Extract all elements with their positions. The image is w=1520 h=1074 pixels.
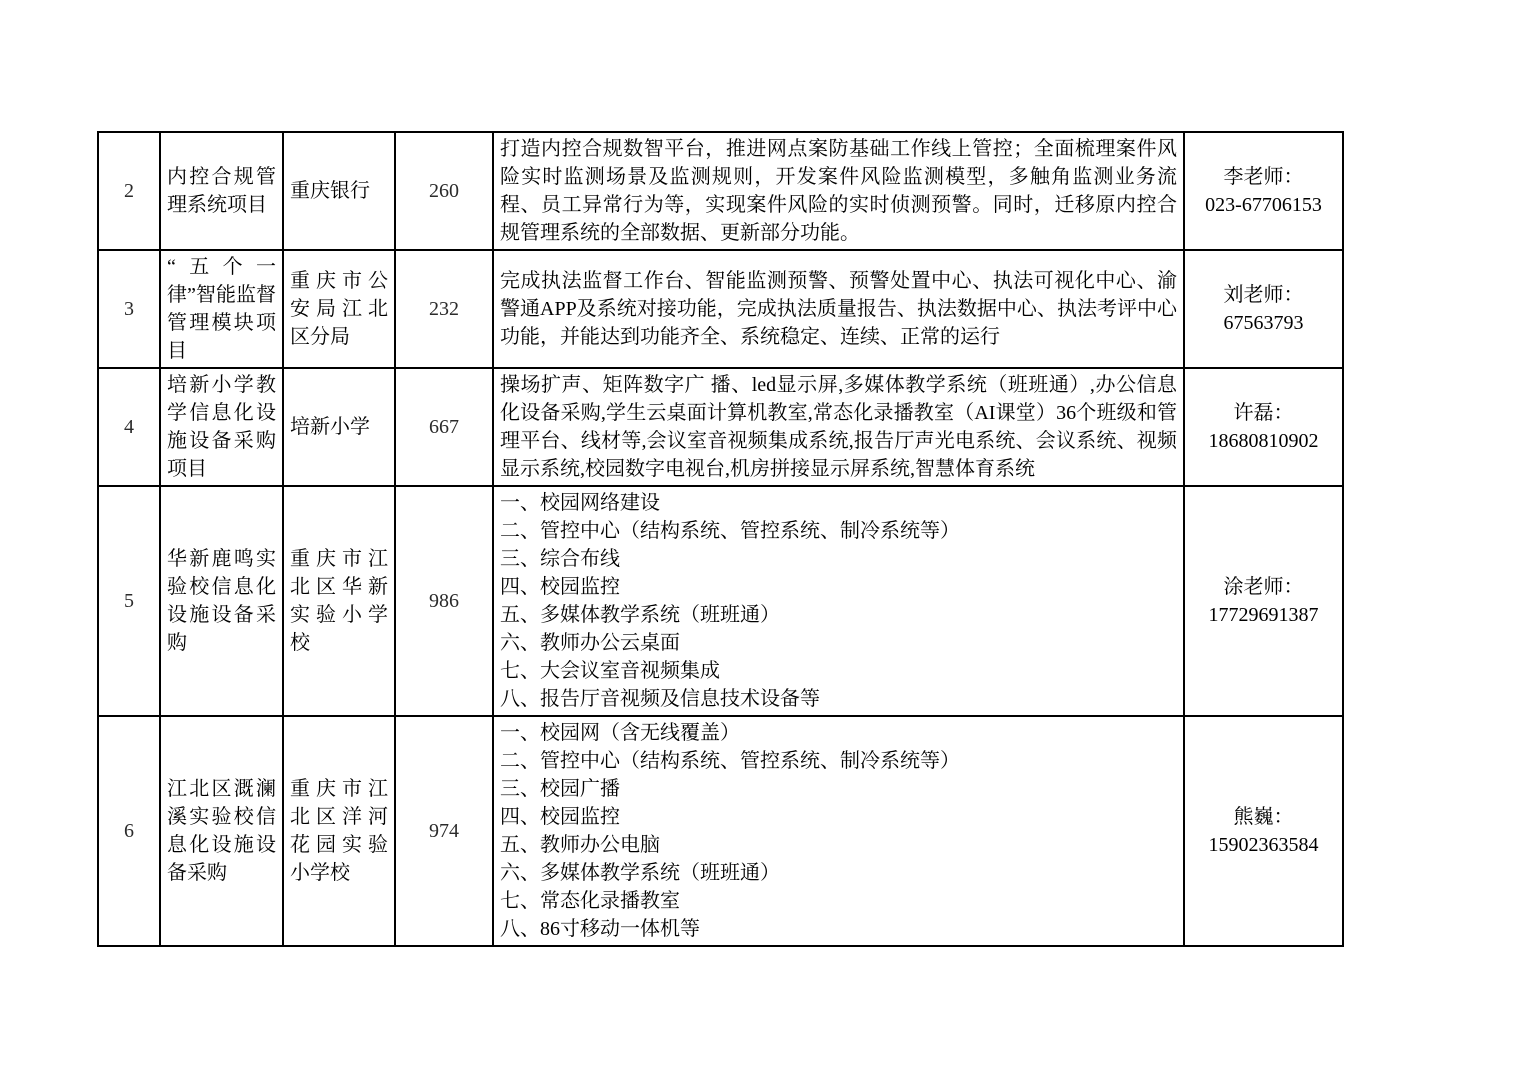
table-row: 3 “五个一律”智能监督管理模块项目 重庆市公安局江北区分局 232 完成执法监… [98, 250, 1343, 368]
contact-phone: 17729691387 [1191, 601, 1336, 629]
contact-cell: 涂老师： 17729691387 [1184, 486, 1343, 716]
table-row: 6 江北区溉澜溪实验校信息化设施设备采购 重庆市江北区洋河花园实验小学校 974… [98, 716, 1343, 946]
row-number: 6 [98, 716, 160, 946]
org-cell: 重庆银行 [283, 132, 395, 250]
contact-name: 许磊： [1191, 399, 1336, 427]
contact-name: 李老师： [1191, 163, 1336, 191]
amount-cell: 260 [395, 132, 493, 250]
org-cell: 重庆市江北区华新实验小学校 [283, 486, 395, 716]
org-cell: 培新小学 [283, 368, 395, 486]
projects-table: 2 内控合规管理系统项目 重庆银行 260 打造内控合规数智平台，推进网点案防基… [97, 131, 1344, 947]
row-number: 4 [98, 368, 160, 486]
contact-cell: 李老师： 023-67706153 [1184, 132, 1343, 250]
description-cell: 一、校园网络建设 二、管控中心（结构系统、管控系统、制冷系统等） 三、综合布线 … [493, 486, 1184, 716]
table-row: 4 培新小学教学信息化设施设备采购项目 培新小学 667 操场扩声、矩阵数字广 … [98, 368, 1343, 486]
project-name-cell: 培新小学教学信息化设施设备采购项目 [160, 368, 283, 486]
project-name-cell: 江北区溉澜溪实验校信息化设施设备采购 [160, 716, 283, 946]
amount-cell: 986 [395, 486, 493, 716]
amount-cell: 667 [395, 368, 493, 486]
contact-cell: 许磊： 18680810902 [1184, 368, 1343, 486]
description-cell: 完成执法监督工作台、智能监测预警、预警处置中心、执法可视化中心、渝警通APP及系… [493, 250, 1184, 368]
amount-cell: 232 [395, 250, 493, 368]
row-number: 2 [98, 132, 160, 250]
project-name-cell: 内控合规管理系统项目 [160, 132, 283, 250]
contact-name: 涂老师： [1191, 573, 1336, 601]
contact-phone: 18680810902 [1191, 427, 1336, 455]
row-number: 3 [98, 250, 160, 368]
contact-name: 刘老师： [1191, 281, 1336, 309]
contact-phone: 67563793 [1191, 309, 1336, 337]
org-cell: 重庆市公安局江北区分局 [283, 250, 395, 368]
table-row: 5 华新鹿鸣实验校信息化设施设备采购 重庆市江北区华新实验小学校 986 一、校… [98, 486, 1343, 716]
project-name-cell: “五个一律”智能监督管理模块项目 [160, 250, 283, 368]
contact-name: 熊巍： [1191, 803, 1336, 831]
contact-phone: 023-67706153 [1191, 191, 1336, 219]
description-cell: 操场扩声、矩阵数字广 播、led显示屏,多媒体教学系统（班班通）,办公信息化设备… [493, 368, 1184, 486]
amount-cell: 974 [395, 716, 493, 946]
document-page: 2 内控合规管理系统项目 重庆银行 260 打造内控合规数智平台，推进网点案防基… [0, 0, 1520, 1074]
project-name-cell: 华新鹿鸣实验校信息化设施设备采购 [160, 486, 283, 716]
row-number: 5 [98, 486, 160, 716]
contact-cell: 刘老师： 67563793 [1184, 250, 1343, 368]
table-row: 2 内控合规管理系统项目 重庆银行 260 打造内控合规数智平台，推进网点案防基… [98, 132, 1343, 250]
contact-phone: 15902363584 [1191, 831, 1336, 859]
org-cell: 重庆市江北区洋河花园实验小学校 [283, 716, 395, 946]
contact-cell: 熊巍： 15902363584 [1184, 716, 1343, 946]
description-cell: 一、校园网（含无线覆盖） 二、管控中心（结构系统、管控系统、制冷系统等） 三、校… [493, 716, 1184, 946]
description-cell: 打造内控合规数智平台，推进网点案防基础工作线上管控；全面梳理案件风险实时监测场景… [493, 132, 1184, 250]
